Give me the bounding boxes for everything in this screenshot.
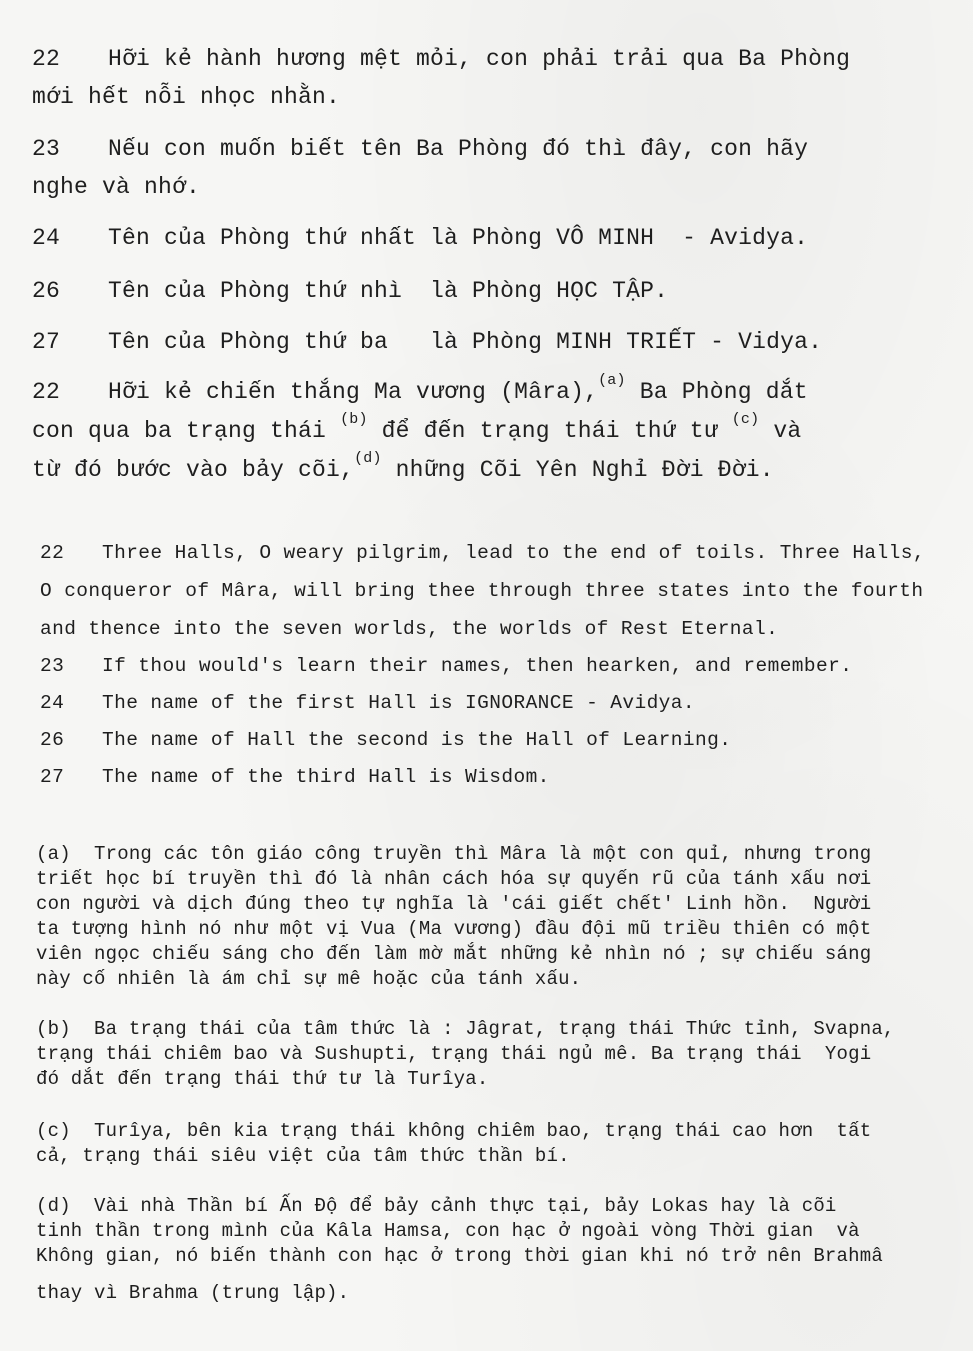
en-verse-22-line1: 22Three Halls, O weary pilgrim, lead to … [40, 542, 925, 564]
verse-number: 26 [32, 278, 108, 304]
verse-number: 22 [40, 542, 102, 564]
vn-verse-24: 24Tên của Phòng thứ nhất là Phòng VÔ MIN… [32, 225, 808, 251]
footnote-line: (c) Turîya, bên kia trạng thái không chi… [36, 1120, 871, 1142]
footnote-line: thay vì Brahma (trung lập). [36, 1282, 349, 1304]
verse-number: 22 [32, 46, 108, 72]
verse-text: Ba Phòng dắt [626, 379, 808, 405]
verse-number: 23 [40, 655, 102, 677]
vn-verse-23-line2: nghe và nhớ. [32, 174, 200, 200]
verse-number: 27 [40, 766, 102, 788]
vn-verse-27: 27Tên của Phòng thứ ba là Phòng MINH TRI… [32, 329, 822, 355]
en-verse-22-line2: O conqueror of Mâra, will bring thee thr… [40, 580, 923, 602]
vn-verse-26: 26Tên của Phòng thứ nhì là Phòng HỌC TẬP… [32, 278, 668, 304]
vn-verse-22b-line3: từ đó bước vào bảy cõi,(d) những Cõi Yên… [32, 457, 774, 483]
footnote-line: Không gian, nó biến thành con hạc ở tron… [36, 1245, 883, 1267]
vn-verse-23-line1: 23Nếu con muốn biết tên Ba Phòng đó thì … [32, 136, 808, 162]
footnote-line: tinh thần trong mình của Kâla Hamsa, con… [36, 1220, 860, 1242]
verse-text: con qua ba trạng thái [32, 418, 340, 444]
verse-text: The name of the third Hall is Wisdom. [102, 766, 550, 788]
en-verse-24: 24The name of the first Hall is IGNORANC… [40, 692, 695, 714]
verse-text: Tên của Phòng thứ ba là Phòng MINH TRIẾT… [108, 329, 822, 355]
footnote-line: (d) Vài nhà Thần bí Ấn Độ để bảy cảnh th… [36, 1195, 837, 1217]
document-page: 22Hỡi kẻ hành hương mệt mỏi, con phải tr… [0, 0, 973, 1351]
verse-text: từ đó bước vào bảy cõi, [32, 457, 354, 483]
verse-text: If thou would's learn their names, then … [102, 655, 852, 677]
verse-text: The name of the first Hall is IGNORANCE … [102, 692, 695, 714]
verse-text: The name of Hall the second is the Hall … [102, 729, 731, 751]
footnote-line: triết học bí truyền thì đó là nhân cách … [36, 868, 871, 890]
vn-verse-22-line1: 22Hỡi kẻ hành hương mệt mỏi, con phải tr… [32, 46, 850, 72]
en-verse-26: 26The name of Hall the second is the Hal… [40, 729, 731, 751]
vn-verse-22b-line1: 22Hỡi kẻ chiến thắng Ma vương (Mâra),(a)… [32, 379, 808, 405]
vn-verse-22b-line2: con qua ba trạng thái (b) để đến trạng t… [32, 418, 801, 444]
verse-text: Hỡi kẻ hành hương mệt mỏi, con phải trải… [108, 46, 850, 72]
footnote-line: (a) Trong các tôn giáo công truyền thì M… [36, 843, 871, 865]
footnote-mark-d: (d) [354, 450, 382, 467]
en-verse-27: 27The name of the third Hall is Wisdom. [40, 766, 550, 788]
verse-number: 23 [32, 136, 108, 162]
footnote-line: viên ngọc chiếu sáng cho đến làm mờ mắt … [36, 943, 871, 965]
verse-text: để đến trạng thái thứ tư [368, 418, 732, 444]
footnote-line: con người và dịch đúng theo tự nghĩa là … [36, 893, 871, 915]
footnote-mark-c: (c) [732, 411, 760, 428]
footnote-line: cả, trạng thái siêu việt của tâm thức th… [36, 1145, 570, 1167]
verse-number: 26 [40, 729, 102, 751]
en-verse-23: 23If thou would's learn their names, the… [40, 655, 852, 677]
verse-text: Three Halls, O weary pilgrim, lead to th… [102, 542, 925, 564]
footnote-line: đó dắt đến trạng thái thứ tư là Turîya. [36, 1068, 488, 1090]
footnote-line: này cố nhiên là ám chỉ sự mê hoặc của tá… [36, 968, 581, 990]
verse-number: 22 [32, 379, 108, 405]
vn-verse-22-line2: mới hết nỗi nhọc nhằn. [32, 84, 340, 110]
verse-text: Tên của Phòng thứ nhì là Phòng HỌC TẬP. [108, 278, 668, 304]
verse-text: Hỡi kẻ chiến thắng Ma vương (Mâra), [108, 379, 598, 405]
footnote-line: trạng thái chiêm bao và Sushupti, trạng … [36, 1043, 871, 1065]
verse-text: những Cõi Yên Nghỉ Đời Đời. [382, 457, 774, 483]
verse-number: 27 [32, 329, 108, 355]
verse-text: và [759, 418, 801, 444]
en-verse-22-line3: and thence into the seven worlds, the wo… [40, 618, 778, 640]
verse-text: Tên của Phòng thứ nhất là Phòng VÔ MINH … [108, 225, 808, 251]
verse-text: Nếu con muốn biết tên Ba Phòng đó thì đâ… [108, 136, 808, 162]
footnote-line: ta tượng hình nó như một vị Vua (Ma vươn… [36, 918, 871, 940]
footnote-mark-b: (b) [340, 411, 368, 428]
footnote-mark-a: (a) [598, 372, 626, 389]
footnote-line: (b) Ba trạng thái của tâm thức là : Jâgr… [36, 1018, 895, 1040]
verse-number: 24 [32, 225, 108, 251]
verse-number: 24 [40, 692, 102, 714]
